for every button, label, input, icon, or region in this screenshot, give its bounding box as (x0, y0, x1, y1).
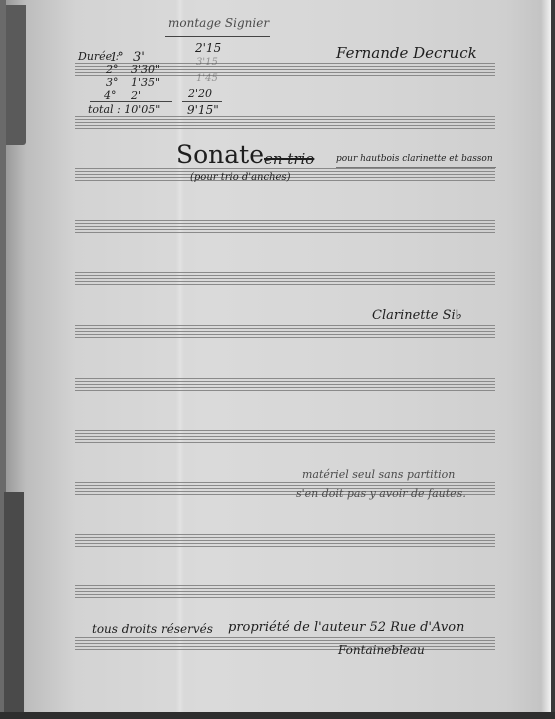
footer-property: propriété de l'auteur 52 Rue d'Avon (228, 620, 464, 635)
total-rule-right (182, 101, 222, 102)
composer-name: Fernande Decruck (336, 44, 477, 62)
binding-tape-bottom (4, 492, 24, 712)
movement-2-alt: 3'15 (196, 57, 218, 68)
music-staff (75, 585, 495, 599)
total-rule-left (90, 101, 172, 102)
music-staff (75, 325, 495, 339)
note-line-1: matériel seul sans partition (302, 468, 455, 481)
annotation-top: montage Signier (168, 16, 269, 30)
subtitle-underline (336, 167, 496, 168)
music-staff (75, 378, 495, 392)
movement-3-alt: 1'45 (196, 73, 218, 84)
music-staff (75, 272, 495, 286)
title-struck: en trio (264, 150, 314, 168)
duration-total: total : 10'05" (88, 103, 160, 116)
title-parenthetical: (pour trio d'anches) (190, 172, 290, 183)
music-staff (75, 116, 495, 130)
footer-city: Fontainebleau (338, 643, 425, 657)
duration-alt-total: 9'15" (187, 103, 219, 117)
title-subtitle: pour hautbois clarinette et basson (336, 154, 493, 164)
bottom-shadow (0, 712, 555, 719)
movement-1-alt: 2'15 (195, 41, 221, 55)
instrument-name: Clarinette Si♭ (372, 308, 462, 323)
music-staff (75, 430, 495, 444)
movement-2-num: 2° (106, 63, 119, 76)
title-main: Sonate (176, 140, 264, 169)
page-fold (176, 0, 184, 712)
music-staff (75, 534, 495, 548)
movement-3-time: 1'35" (131, 76, 160, 89)
music-staff (75, 220, 495, 234)
footer-rights: tous droits réservés (92, 622, 213, 636)
movement-2-time: 3'30" (131, 63, 160, 76)
movement-1-num: 1° (110, 50, 124, 64)
music-staff (75, 637, 495, 651)
movement-3-num: 3° (106, 76, 119, 89)
movement-4-alt: 2'20 (188, 87, 212, 100)
note-line-2: s'en doit pas y avoir de fautes. (296, 487, 466, 500)
annotation-underline (165, 36, 270, 37)
binding-tape-top (6, 5, 26, 145)
